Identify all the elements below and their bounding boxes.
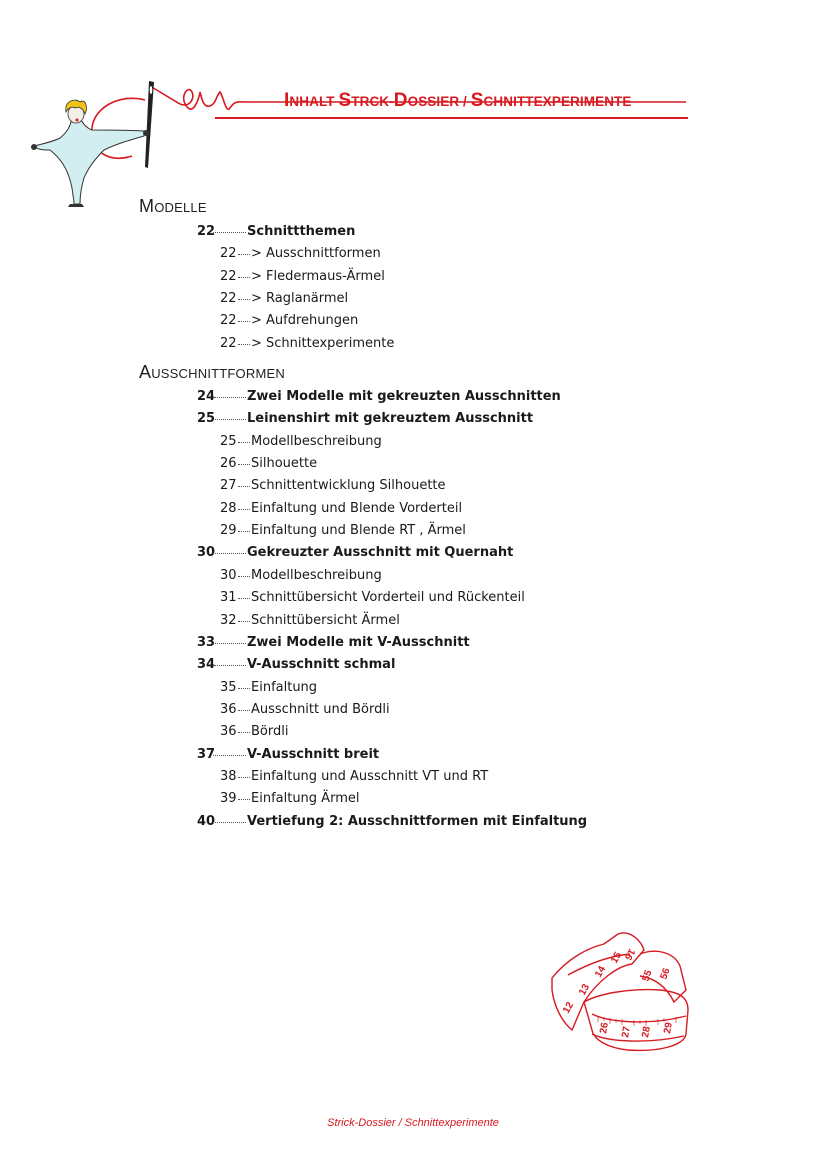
section-heading: MODELLE (139, 196, 207, 217)
toc-page-number: 22 (220, 313, 237, 329)
toc-page-number: 22 (197, 224, 212, 240)
toc-entry[interactable]: 31Schnittübersicht Vorderteil und Rücken… (220, 590, 525, 606)
toc-page-number: 22 (220, 269, 237, 285)
svg-text:26: 26 (598, 1021, 611, 1034)
dot-leader (213, 643, 246, 644)
toc-entry[interactable]: 25Modellbeschreibung (220, 434, 382, 450)
toc-entry[interactable]: 25Leinenshirt mit gekreuztem Ausschnitt (197, 411, 533, 427)
toc-entry[interactable]: 22> Fledermaus-Ärmel (220, 269, 385, 285)
toc-entry[interactable]: 38Einfaltung und Ausschnitt VT und RT (220, 769, 488, 785)
toc-entry[interactable]: 34V-Ausschnitt schmal (197, 657, 395, 673)
toc-entry-label: Ausschnitt und Bördli (251, 702, 390, 717)
toc-entry-label: Zwei Modelle mit gekreuzten Ausschnitten (247, 389, 561, 404)
toc-entry-label: Leinenshirt mit gekreuztem Ausschnitt (247, 411, 533, 426)
toc-entry[interactable]: 30Gekreuzter Ausschnitt mit Quernaht (197, 545, 513, 561)
dot-leader (238, 299, 250, 300)
svg-text:56: 56 (658, 966, 672, 981)
toc-entry[interactable]: 35Einfaltung (220, 680, 317, 696)
toc-entry-label: Schnittübersicht Vorderteil und Rückente… (251, 590, 525, 605)
toc-page-number: 27 (220, 478, 237, 494)
dot-leader (238, 321, 250, 322)
toc-page-number: 31 (220, 590, 237, 606)
toc-entry[interactable]: 32Schnittübersicht Ärmel (220, 613, 400, 629)
toc-entry-label: Einfaltung (251, 680, 317, 695)
toc-page-number: 22 (220, 336, 237, 352)
dot-leader (238, 254, 250, 255)
toc-entry-label: Einfaltung und Blende Vorderteil (251, 501, 462, 516)
toc-entry-label: Modellbeschreibung (251, 434, 382, 449)
toc-entry-label: Schnittthemen (247, 224, 355, 239)
svg-text:27: 27 (620, 1025, 633, 1038)
toc-entry-label: Gekreuzter Ausschnitt mit Quernaht (247, 545, 513, 560)
toc-page-number: 38 (220, 769, 237, 785)
toc-entry[interactable]: 37V-Ausschnitt breit (197, 747, 379, 763)
toc-page-number: 25 (197, 411, 212, 427)
toc-page-number: 36 (220, 702, 237, 718)
dot-leader (238, 442, 250, 443)
toc-entry-label: Einfaltung und Ausschnitt VT und RT (251, 769, 488, 784)
toc-entry[interactable]: 40Vertiefung 2: Ausschnittformen mit Ein… (197, 814, 587, 830)
toc-entry[interactable]: 29Einfaltung und Blende RT , Ärmel (220, 523, 466, 539)
page-footer: Strick-Dossier / Schnittexperimente (0, 1117, 826, 1129)
toc-entry[interactable]: 22> Aufdrehungen (220, 313, 358, 329)
toc-entry-label: > Raglanärmel (251, 291, 348, 306)
toc-entry[interactable]: 22> Schnittexperimente (220, 336, 394, 352)
toc-entry[interactable]: 36Bördli (220, 724, 288, 740)
toc-entry-label: Einfaltung und Blende RT , Ärmel (251, 523, 466, 538)
toc-entry-label: Schnittübersicht Ärmel (251, 613, 400, 628)
toc-page-number: 28 (220, 501, 237, 517)
svg-text:12: 12 (561, 1000, 576, 1016)
toc-entry[interactable]: 39Einfaltung Ärmel (220, 791, 359, 807)
toc-entry[interactable]: 36Ausschnitt und Bördli (220, 702, 390, 718)
toc-entry[interactable]: 27Schnittentwicklung Silhouette (220, 478, 446, 494)
dot-leader (213, 232, 246, 233)
toc-entry[interactable]: 22> Raglanärmel (220, 291, 348, 307)
measuring-tape-icon: 12 13 14 15 16 55 56 26 27 28 29 (548, 930, 693, 1055)
dot-leader (238, 598, 250, 599)
dot-leader (213, 665, 246, 666)
toc-page-number: 32 (220, 613, 237, 629)
toc-entry-label: > Schnittexperimente (251, 336, 394, 351)
dot-leader (213, 553, 246, 554)
svg-text:28: 28 (640, 1025, 653, 1038)
toc-entry-label: Modellbeschreibung (251, 568, 382, 583)
svg-text:15: 15 (609, 950, 624, 966)
toc-page-number: 39 (220, 791, 237, 807)
page-title: INHALT STRCK-DOSSIER / SCHNITTEXPERIMENT… (284, 90, 632, 112)
section-heading: AUSSCHNITTFORMEN (139, 362, 285, 383)
toc-page-number: 26 (220, 456, 237, 472)
toc-page-number: 30 (220, 568, 237, 584)
toc-entry[interactable]: 30Modellbeschreibung (220, 568, 382, 584)
toc-page-number: 22 (220, 291, 237, 307)
toc-page-number: 22 (220, 246, 237, 262)
dot-leader (238, 799, 250, 800)
toc-page-number: 33 (197, 635, 212, 651)
toc-entry-label: Bördli (251, 724, 288, 739)
toc-entry[interactable]: 22Schnittthemen (197, 224, 355, 240)
dot-leader (238, 277, 250, 278)
toc-page-number: 35 (220, 680, 237, 696)
toc-entry-label: Vertiefung 2: Ausschnittformen mit Einfa… (247, 814, 587, 829)
toc-entry-label: > Fledermaus-Ärmel (251, 269, 385, 284)
dot-leader (238, 344, 250, 345)
toc-entry-label: Schnittentwicklung Silhouette (251, 478, 446, 493)
toc-entry-label: Zwei Modelle mit V-Ausschnitt (247, 635, 470, 650)
dot-leader (238, 509, 250, 510)
toc-entry[interactable]: 24Zwei Modelle mit gekreuzten Ausschnitt… (197, 389, 561, 405)
toc-entry[interactable]: 22> Ausschnittformen (220, 246, 381, 262)
toc-page-number: 25 (220, 434, 237, 450)
svg-text:29: 29 (662, 1021, 675, 1034)
toc-entry-label: Einfaltung Ärmel (251, 791, 359, 806)
toc-entry-label: V-Ausschnitt breit (247, 747, 379, 762)
dot-leader (238, 710, 250, 711)
toc-page-number: 40 (197, 814, 212, 830)
svg-text:13: 13 (577, 982, 592, 998)
toc-entry-label: > Aufdrehungen (251, 313, 358, 328)
svg-text:55: 55 (640, 968, 654, 983)
svg-text:16: 16 (622, 947, 637, 963)
dot-leader (238, 732, 250, 733)
dot-leader (213, 419, 246, 420)
toc-entry-label: Silhouette (251, 456, 317, 471)
toc-entry-label: V-Ausschnitt schmal (247, 657, 395, 672)
toc-page-number: 24 (197, 389, 212, 405)
toc-entry-label: > Ausschnittformen (251, 246, 381, 261)
toc-page-number: 30 (197, 545, 212, 561)
toc-page-number: 37 (197, 747, 212, 763)
dot-leader (213, 755, 246, 756)
dot-leader (238, 576, 250, 577)
dot-leader (238, 777, 250, 778)
toc-entry[interactable]: 33Zwei Modelle mit V-Ausschnitt (197, 635, 470, 651)
dot-leader (213, 822, 246, 823)
toc-entry[interactable]: 28Einfaltung und Blende Vorderteil (220, 501, 462, 517)
toc-page-number: 34 (197, 657, 212, 673)
toc-entry[interactable]: 26Silhouette (220, 456, 317, 472)
toc-page-number: 29 (220, 523, 237, 539)
toc-page-number: 36 (220, 724, 237, 740)
dot-leader (238, 688, 250, 689)
dot-leader (238, 621, 250, 622)
dot-leader (238, 531, 250, 532)
title-rule (215, 117, 688, 119)
dot-leader (238, 486, 250, 487)
dot-leader (238, 464, 250, 465)
dot-leader (213, 397, 246, 398)
